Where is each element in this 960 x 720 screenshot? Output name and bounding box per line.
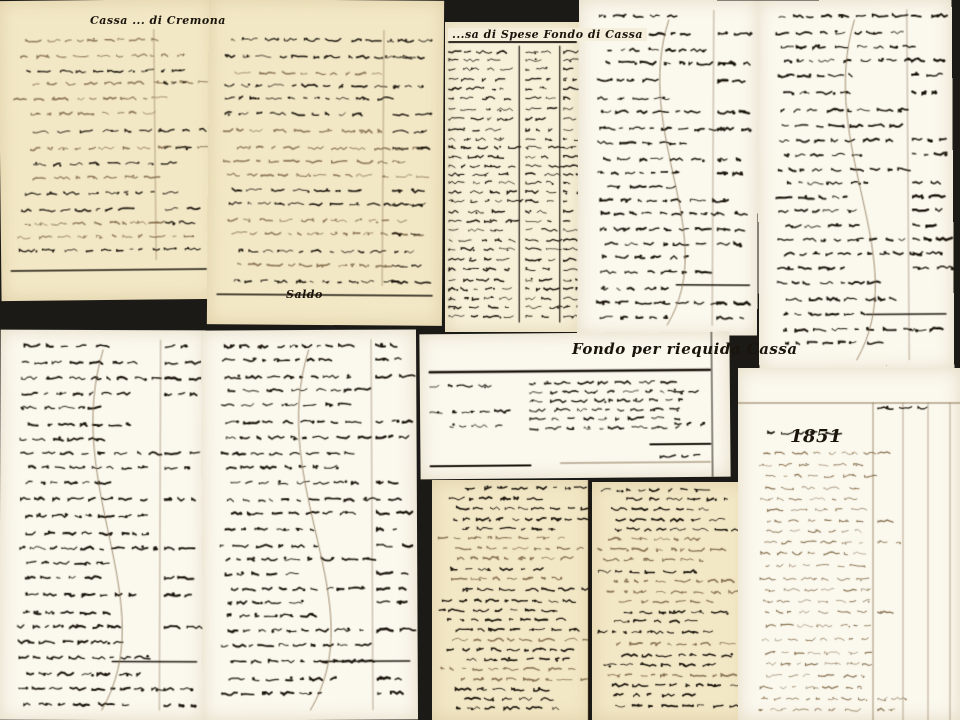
ledger-sheet-bottom-center-a [432,480,590,720]
sheet-heading-fondo: Fondo per riequida Cassa [572,340,798,358]
ledger-sheet-top-right-b [757,0,955,371]
sheet-footer-saldo: Saldo [286,288,323,301]
ledger-sheet-top-right-a [577,0,759,335]
ledger-sheet-bottom-left-a [0,330,206,720]
sheet-heading-year: 1851 [790,426,842,447]
ledger-sheet-bottom-center-b [592,482,747,720]
ledger-sheet-bottom-right-table [738,368,960,720]
ledger-sheet-top-left-ledger [0,0,217,301]
sheet-heading-columns: ...sa di Spese Fondo di Cassa [448,28,647,41]
ledger-sheet-top-center-columns [445,22,580,332]
sheet-heading-top-left: Cassa ... di Cremona [90,14,226,27]
ledger-sheet-bottom-left-b [201,329,418,720]
ledger-sheet-top-left-right-ledger [207,0,444,326]
